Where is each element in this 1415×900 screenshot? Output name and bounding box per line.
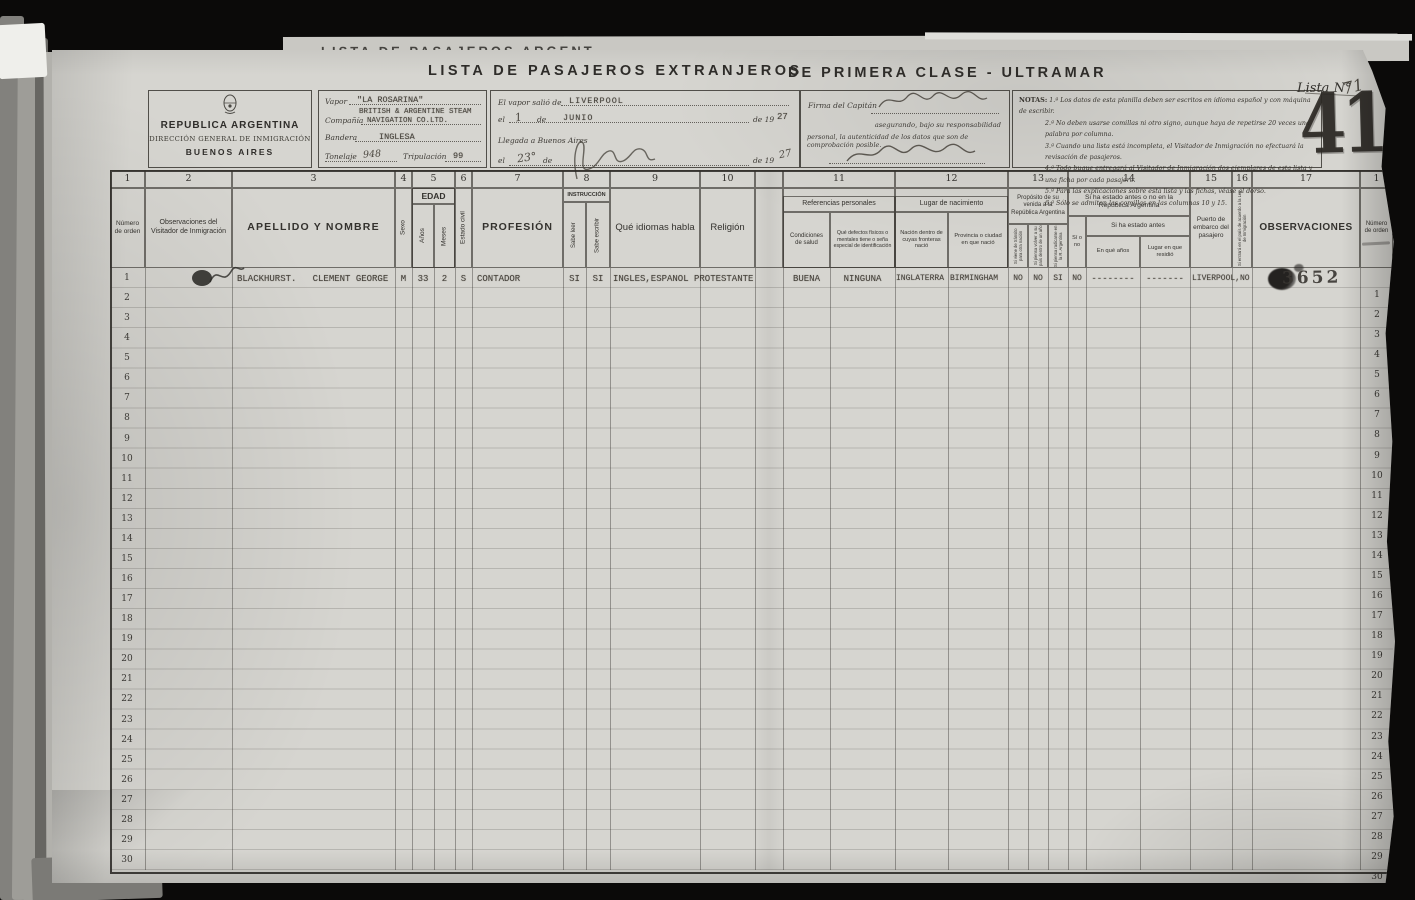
row1-salud: BUENA: [783, 274, 830, 284]
row1-en-que-anos: --------: [1086, 274, 1140, 284]
llegada-de19-label: de 19: [753, 156, 774, 165]
row-number-right: 5: [1360, 370, 1394, 380]
row1-estuvo-antes: NO: [1068, 274, 1086, 283]
rule: [361, 124, 481, 125]
body-column-line: [1028, 268, 1029, 870]
rule: [561, 105, 789, 106]
firma-label: Firma del Capitán: [808, 101, 877, 110]
row-number-left: 29: [110, 835, 144, 845]
col-header-gap: [755, 188, 783, 268]
col-header-nacion: Nación dentro de cuyas fronteras nació: [895, 212, 948, 268]
col-header-sexo: Sexo: [395, 188, 412, 268]
rule: [355, 141, 481, 142]
row1-edad-meses: 2: [434, 274, 455, 284]
rule: [325, 161, 397, 162]
rule: [829, 163, 985, 164]
col-number: 3: [232, 170, 395, 188]
row-number-left: 20: [110, 654, 144, 664]
row1-proposito1: NO: [1008, 274, 1028, 283]
row-number-left: 4: [110, 333, 144, 343]
body-column-line: [830, 268, 831, 870]
row-number-left: 7: [110, 393, 144, 403]
col-number: 6: [455, 170, 472, 188]
body-column-line: [472, 268, 473, 870]
row1-nacion: INGLATERRA: [896, 274, 944, 283]
nota-1: 1.ª Los datos de esta planilla deben ser…: [1019, 97, 1311, 115]
body-column-line: [755, 268, 756, 870]
col-header-apellido: APELLIDO Y NOMBRE: [232, 188, 395, 268]
col-header-observaciones-visitador: Observaciones del Visitador de Inmigraci…: [145, 188, 232, 268]
row1-sexo: M: [395, 274, 412, 284]
compania-value-1: BRITISH & ARGENTINE STEAM: [359, 108, 472, 116]
col-header-en-que-anos: En qué años: [1086, 236, 1140, 268]
body-column-line: [145, 268, 146, 870]
col-header-puerto: Puerto de embarco del pasajero: [1190, 188, 1232, 268]
row-number-left: 13: [110, 514, 144, 524]
col-number: 8: [563, 170, 610, 188]
vapor-label: Vapor: [325, 97, 347, 106]
col-number-gap: [755, 170, 783, 188]
row-number-right: 4: [1360, 350, 1394, 360]
row-number-left: 11: [110, 474, 144, 484]
rule: [871, 113, 999, 114]
row-number-right: 20: [1360, 671, 1394, 681]
col-header-condiciones-salud: Condiciones de salud: [783, 212, 830, 268]
row-number-right: 22: [1360, 711, 1394, 721]
col-number: 16: [1232, 170, 1252, 188]
col-header-sabe-leer: Sabe leer: [563, 202, 586, 268]
row-number-right: 21: [1360, 691, 1394, 701]
col-header-profesion: PROFESIÓN: [472, 188, 563, 268]
page-title-left: LISTA DE PASAJEROS EXTRANJEROS: [428, 63, 803, 79]
col-header-numero: Número de orden: [110, 188, 145, 268]
row-number-right: 6: [1360, 390, 1394, 400]
row1-apellido: BLACKHURST. CLEMENT GEORGE: [237, 274, 388, 284]
row-number-right: 8: [1360, 430, 1394, 440]
salio-label: El vapor salió de: [498, 98, 562, 107]
col-number: 12: [895, 170, 1008, 188]
body-column-line: [1190, 268, 1191, 870]
argentina-crest-icon: [222, 94, 238, 114]
col-header-estado-civil: Estado civil: [455, 188, 472, 268]
row-number-right: 9: [1360, 451, 1394, 461]
table-body: BLACKHURST. CLEMENT GEORGE M 33 2 S CONT…: [110, 268, 1393, 870]
col-header-defectos: Qué defectos físicos o mentales tiene o …: [830, 212, 895, 268]
row1-estado-civil: S: [455, 274, 472, 284]
row-number-left: 6: [110, 373, 144, 383]
org-box: REPUBLICA ARGENTINA DIRECCIÓN GENERAL DE…: [148, 90, 312, 168]
row-number-right: 17: [1360, 611, 1394, 621]
row1-lugar-residio: -------: [1140, 274, 1190, 284]
captain-line1: asegurando, bajo su responsabilidad: [801, 121, 1001, 129]
col-header-ley-inmigracion: Si entrará en el país de acuerdo a la Le…: [1232, 188, 1252, 268]
body-column-line: [700, 268, 701, 870]
col-header-observaciones: OBSERVACIONES: [1252, 188, 1360, 268]
col-header-referencias-label: Referencias personales: [783, 196, 895, 212]
row-number-left: 21: [110, 674, 144, 684]
col-header-proposito-sub1: Si viene de tránsito para otra nación: [1008, 224, 1028, 268]
col-number: 13: [1008, 170, 1068, 188]
body-column-line: [395, 268, 396, 870]
org-city: BUENOS AIRES: [149, 147, 311, 157]
row-number-left: 14: [110, 534, 144, 544]
body-column-line: [1008, 268, 1009, 870]
row-number-right: 16: [1360, 591, 1394, 601]
rule: [445, 161, 481, 162]
row1-edad-anos: 33: [412, 274, 434, 284]
nota-3: 3.ª Cuando una lista está incompleta, el…: [1045, 143, 1304, 161]
de19-label: de 19: [753, 115, 774, 124]
col-number: 7: [472, 170, 563, 188]
row1-puerto: LIVERPOOL,NO: [1192, 274, 1250, 283]
row-number-left: 27: [110, 795, 144, 805]
body-column-line: [434, 268, 435, 870]
org-department: DIRECCIÓN GENERAL DE INMIGRACIÓN: [149, 135, 311, 143]
col-number: 5: [412, 170, 455, 188]
row-number-right: 14: [1360, 551, 1394, 561]
row-number-right: 3: [1360, 330, 1394, 340]
body-column-line: [455, 268, 456, 870]
body-column-line: [412, 268, 413, 870]
row-number-left: 15: [110, 554, 144, 564]
body-column-line: [610, 268, 611, 870]
col-header-estado-antes: Si ha estado antes o no en la República …: [1068, 188, 1190, 216]
col-header-si-o-no: Sí o no: [1068, 216, 1086, 268]
el-label: el: [498, 115, 505, 124]
tripulacion-value: 99: [453, 151, 463, 161]
col-header-instruccion: INSTRUCCIÓN: [563, 188, 610, 202]
row-number-left: 22: [110, 694, 144, 704]
white-card: [0, 23, 47, 79]
row-number-left: 5: [110, 353, 144, 363]
body-column-line: [783, 268, 784, 870]
body-column-line: [1140, 268, 1141, 870]
row-number-left: 23: [110, 715, 144, 725]
body-column-line: [1068, 268, 1069, 870]
ship-box: Vapor "LA ROSARINA" Compañía BRITISH & A…: [318, 90, 487, 168]
row-number-left: 30: [110, 855, 144, 865]
col-number: 17: [1252, 170, 1360, 188]
col-header-edad-anos: Años: [412, 204, 434, 268]
body-column-line: [563, 268, 564, 870]
row-number-left: 8: [110, 413, 144, 423]
voyage-box: El vapor salió de LIVERPOOL el 1 de JUNI…: [490, 90, 800, 168]
row-number-left: 24: [110, 735, 144, 745]
row1-sabe-leer: SI: [563, 274, 586, 284]
nota-line: NOTAS: 1.ª Los datos de esta planilla de…: [1019, 95, 1317, 118]
row-number-left: 9: [110, 434, 144, 444]
row1-idiomas: INGLES,ESPANOL: [613, 274, 689, 284]
col-header-edad-label: EDAD: [412, 188, 455, 204]
row1-proposito3: SI: [1048, 274, 1068, 283]
notas-box: NOTAS: 1.ª Los datos de esta planilla de…: [1012, 90, 1322, 168]
col-number: 4: [395, 170, 412, 188]
row-number-right: 2: [1360, 310, 1394, 320]
row-number-right: 24: [1360, 752, 1394, 762]
under-sheet-strip: [925, 32, 1412, 40]
body-column-line: [1086, 268, 1087, 870]
nota-line: 2.ª No deben usarse comillas ni otro sig…: [1019, 118, 1317, 141]
col-number: 2: [145, 170, 232, 188]
compania-label: Compañía: [325, 116, 363, 125]
row-number-right: 12: [1360, 511, 1394, 521]
row-number-right: 10: [1360, 471, 1394, 481]
body-column-line: [1232, 268, 1233, 870]
passenger-list-page: LISTA DE PASAJEROS EXTRANJEROS DE PRIMER…: [52, 50, 1395, 883]
tonelaje-value: 948: [363, 148, 382, 160]
col-header-proposito-sub2: Si piensa volver a su país dentro de un …: [1028, 224, 1048, 268]
row-number-right: 26: [1360, 792, 1394, 802]
anio-value: 27: [777, 112, 788, 122]
row-number-right: 19: [1360, 651, 1394, 661]
org-country: REPUBLICA ARGENTINA: [149, 120, 311, 131]
col-number: 1: [110, 170, 145, 188]
nota-2: 2.ª No deben usarse comillas ni otro sig…: [1045, 120, 1310, 138]
col-header-numero-right: Número de orden: [1360, 188, 1393, 268]
body-column-line: [1048, 268, 1049, 870]
row1-religion: PROTESTANTE: [694, 274, 753, 284]
row-number-left: 12: [110, 494, 144, 504]
row-number-right: 7: [1360, 410, 1394, 420]
row-number-left: 3: [110, 313, 144, 323]
row-number-right: 13: [1360, 531, 1394, 541]
captain-box: Firma del Capitán asegurando, bajo su re…: [800, 90, 1010, 168]
tripulacion-label: Tripulación: [403, 152, 446, 161]
row-number-left: 1: [110, 273, 144, 283]
rule: [349, 104, 481, 105]
row-number-left: 16: [110, 574, 144, 584]
col-number: 14: [1068, 170, 1190, 188]
row-number-right: 28: [1360, 832, 1394, 842]
row-number-left: 17: [110, 594, 144, 604]
row-number-right: 23: [1360, 732, 1394, 742]
llegada-dia-handwritten: 23°: [516, 150, 537, 166]
row-number-right: 25: [1360, 772, 1394, 782]
sheet-number-stamp: 41: [1298, 89, 1385, 161]
page-title-right: DE PRIMERA CLASE - ULTRAMAR: [788, 65, 1107, 81]
llegada-anio-handwritten: 27: [778, 148, 793, 161]
row-number-left: 2: [110, 293, 144, 303]
row1-sabe-escribir: SI: [586, 274, 610, 284]
col-header-edad-meses: Meses: [434, 204, 455, 268]
body-column-line: [232, 268, 233, 870]
captain-signature: [873, 89, 993, 113]
rule: [509, 165, 749, 166]
row-number-right: 27: [1360, 812, 1394, 822]
body-column-line: [895, 268, 896, 870]
tonelaje-label: Tonelaje: [325, 152, 357, 161]
rule: [509, 122, 749, 123]
nota-line: 3.ª Cuando una lista está incompleta, el…: [1019, 141, 1317, 164]
row-number-left: 19: [110, 634, 144, 644]
col-header-provincia: Provincia o ciudad en que nació: [948, 212, 1008, 268]
row-number-right: 15: [1360, 571, 1394, 581]
row-number-right: 30: [1360, 872, 1394, 882]
row-number-left: 26: [110, 775, 144, 785]
body-column-line: [586, 268, 587, 870]
row-number-left: 28: [110, 815, 144, 825]
row-number-left: 18: [110, 614, 144, 624]
notas-label: NOTAS:: [1019, 96, 1047, 104]
col-header-proposito: Propósito de su venida a la República Ar…: [1008, 188, 1068, 224]
col-number: 15: [1190, 170, 1232, 188]
col-number: 9: [610, 170, 700, 188]
col-number: 10: [700, 170, 755, 188]
body-column-line: [1252, 268, 1253, 870]
col-number: 11: [783, 170, 895, 188]
row-number-left: 10: [110, 454, 144, 464]
row-number-right: 18: [1360, 631, 1394, 641]
col-header-proposito-sub3: Si piensa radicarse en la R. Argentina: [1048, 224, 1068, 268]
scanned-book-scene: LISTA DE PASAJEROS ARGENT LISTA DE PASAJ…: [0, 0, 1415, 900]
llegada-el-label: el: [498, 156, 505, 165]
row1-observaciones: 3652: [1282, 267, 1342, 288]
row1-provincia: BIRMINGHAM: [950, 274, 998, 283]
body-column-line: [948, 268, 949, 870]
row-number-right: 11: [1360, 491, 1394, 501]
row-number-left: 25: [110, 755, 144, 765]
row1-proposito2: NO: [1028, 274, 1048, 283]
row1-profesion: CONTADOR: [477, 274, 520, 284]
llegada-de-label: de: [543, 156, 552, 165]
bandera-label: Bandera: [325, 133, 357, 142]
col-number: 1: [1360, 170, 1393, 188]
row-number-right: 1: [1360, 290, 1394, 300]
col-header-lugar-residio: Lugar en que residió: [1140, 236, 1190, 268]
col-header-idiomas: Qué idiomas habla: [610, 188, 700, 268]
row-number-right: 29: [1360, 852, 1394, 862]
col-header-nacimiento-label: Lugar de nacimiento: [895, 196, 1008, 212]
col-header-religion: Religión: [700, 188, 755, 268]
col-header-sabe-escribir: Sabe escribir: [586, 202, 610, 268]
col-header-ha-estado-antes: Si ha estado antes: [1086, 216, 1190, 236]
row1-defectos: NINGUNA: [830, 274, 895, 284]
